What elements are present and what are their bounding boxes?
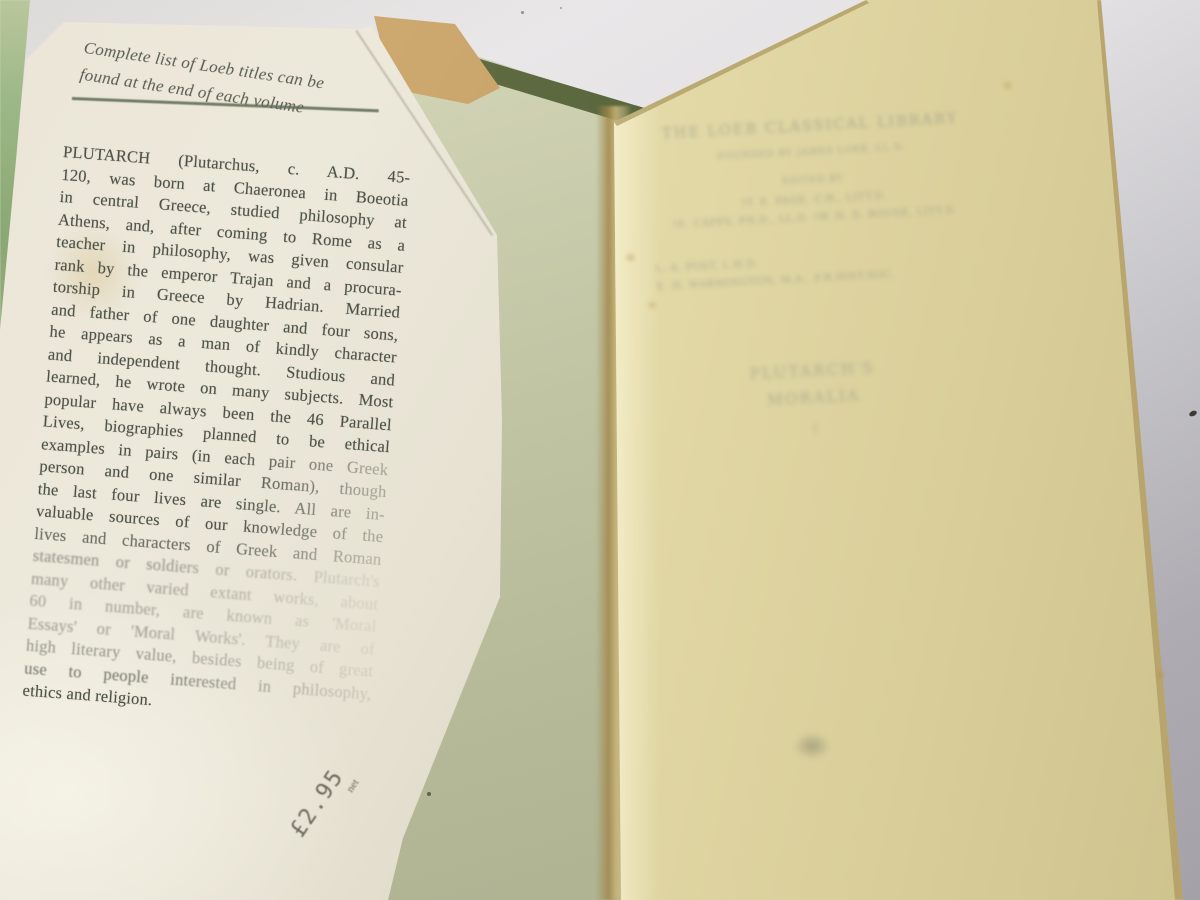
foxing-spot xyxy=(626,254,635,261)
dust-speck xyxy=(427,792,431,796)
dust-speck xyxy=(521,11,524,14)
flap-note: Complete list of Loeb titles can be foun… xyxy=(78,34,402,135)
ghost-line: FOUNDED BY JAMES LOEB, LL.D. xyxy=(632,138,992,167)
ghost-header-text: THE LOEB CLASSICAL LIBRARYFOUNDED BY JAM… xyxy=(630,109,998,294)
ghost-publisher-mark xyxy=(793,732,831,760)
dust-speck xyxy=(1188,410,1197,418)
flap-bio-text: PLUTARCH (Plutarchus, c. A.D. 45-120, wa… xyxy=(22,141,411,728)
foxing-spot xyxy=(1158,672,1164,678)
dust-speck xyxy=(560,7,562,9)
price-pencil: £2.95 net xyxy=(276,751,369,863)
foxing-spot xyxy=(1004,82,1011,89)
book-photo: THE LOEB CLASSICAL LIBRARYFOUNDED BY JAM… xyxy=(0,0,1200,900)
foxing-spot xyxy=(648,302,656,308)
